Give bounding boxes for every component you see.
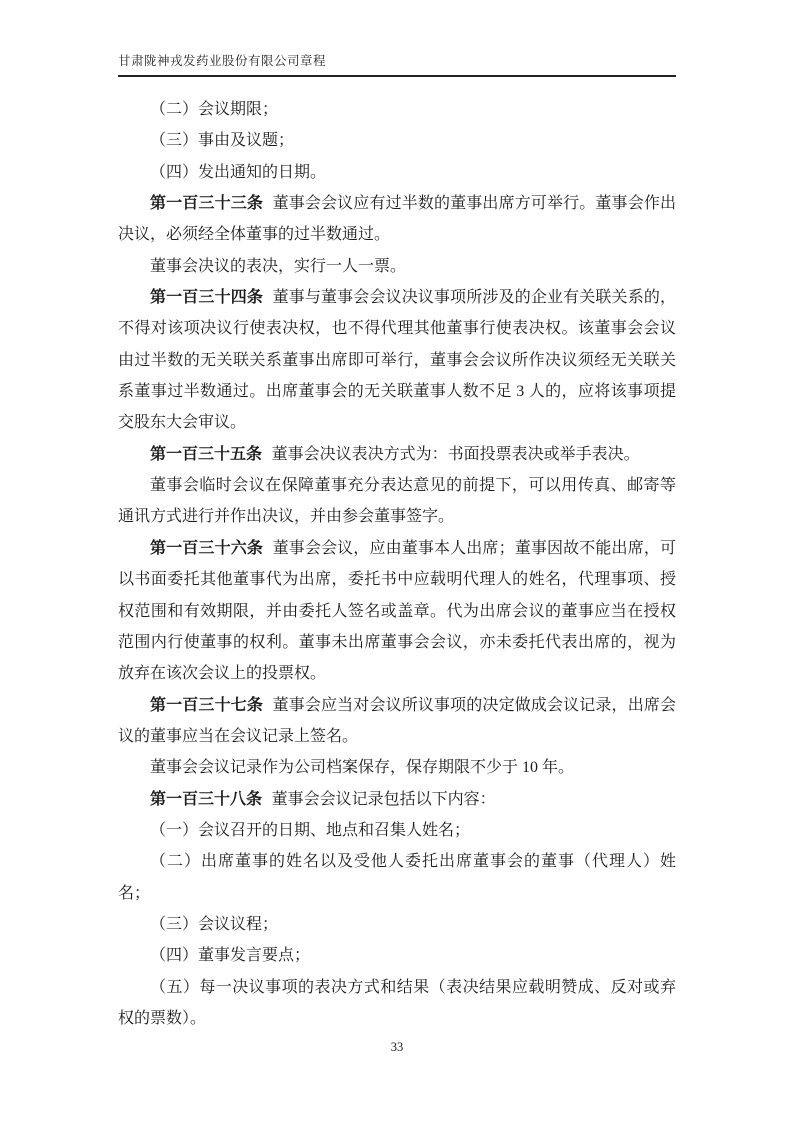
paragraph: （四）发出通知的日期。 xyxy=(118,157,676,188)
article-number: 第一百三十四条 xyxy=(150,289,263,306)
document-header-title: 甘肃陇神戎发药业股份有限公司章程 xyxy=(118,54,326,68)
article-paragraph: 第一百三十八条董事会会议记录包括以下内容： xyxy=(118,784,676,815)
paragraph: （三）事由及议题； xyxy=(118,125,676,156)
paragraph: （四）董事发言要点； xyxy=(118,940,676,971)
paragraph: 董事会决议的表决，实行一人一票。 xyxy=(118,251,676,282)
document-page: 甘肃陇神戎发药业股份有限公司章程 （二）会议期限；（三）事由及议题；（四）发出通… xyxy=(0,0,794,1122)
paragraph: （二）出席董事的姓名以及受他人委托出席董事会的董事（代理人）姓名； xyxy=(118,846,676,909)
article-number: 第一百三十八条 xyxy=(150,791,262,808)
paragraph: 董事会会议记录作为公司档案保存，保存期限不少于 10 年。 xyxy=(118,752,676,783)
article-number: 第一百三十六条 xyxy=(150,540,263,557)
article-paragraph: 第一百三十七条董事会应当对会议所议事项的决定做成会议记录，出席会议的董事应当在会… xyxy=(118,690,676,753)
article-number: 第一百三十三条 xyxy=(150,195,263,212)
paragraph: 董事会临时会议在保障董事充分表达意见的前提下，可以用传真、邮寄等通讯方式进行并作… xyxy=(118,470,676,533)
paragraph: （一）会议召开的日期、地点和召集人姓名； xyxy=(118,815,676,846)
article-paragraph: 第一百三十五条董事会决议表决方式为：书面投票表决或举手表决。 xyxy=(118,439,676,470)
article-number: 第一百三十七条 xyxy=(150,697,263,714)
document-body: （二）会议期限；（三）事由及议题；（四）发出通知的日期。第一百三十三条董事会会议… xyxy=(118,94,676,1034)
article-paragraph: 第一百三十三条董事会会议应有过半数的董事出席方可举行。董事会作出决议，必须经全体… xyxy=(118,188,676,251)
paragraph: （三）会议议程； xyxy=(118,909,676,940)
article-paragraph: 第一百三十六条董事会会议，应由董事本人出席；董事因故不能出席，可以书面委托其他董… xyxy=(118,533,676,690)
document-header: 甘肃陇神戎发药业股份有限公司章程 xyxy=(118,51,676,77)
paragraph: （二）会议期限； xyxy=(118,94,676,125)
article-paragraph: 第一百三十四条董事与董事会会议决议事项所涉及的企业有关联关系的，不得对该项决议行… xyxy=(118,282,676,439)
article-number: 第一百三十五条 xyxy=(150,446,262,463)
paragraph: （五）每一决议事项的表决方式和结果（表决结果应载明赞成、反对或弃权的票数）。 xyxy=(118,972,676,1035)
page-number: 33 xyxy=(0,1040,794,1055)
